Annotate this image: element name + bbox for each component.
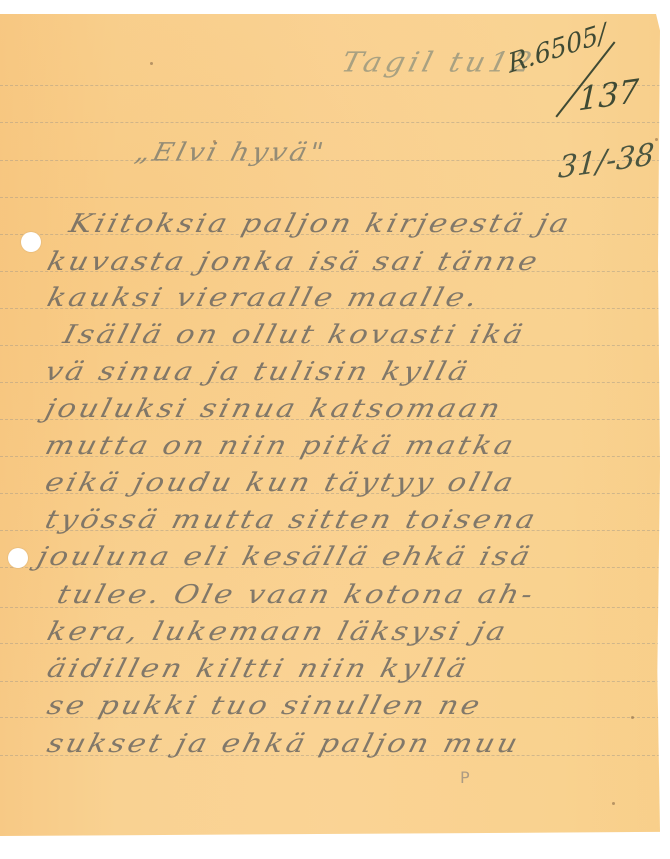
pencil-mark: P: [460, 768, 470, 787]
letter-paper: Tagil tu12 R.6505/ 137 31/-38 „Elvi hyvä…: [0, 14, 660, 836]
body-line-5: vä sinua ja tulisin kyllä: [42, 357, 473, 387]
body-line-2: kuvasta jonka isä sai tänne: [44, 247, 543, 277]
body-line-3: kauksi vieraalle maalle.: [44, 283, 483, 313]
body-line-15: sukset ja ehkä paljon muu: [44, 729, 524, 759]
archive-number: 137: [578, 71, 640, 118]
paper-speck: [150, 62, 153, 65]
body-line-6: jouluksi sinua katsomaan: [42, 394, 506, 424]
body-line-9: työssä mutta sitten toisena: [42, 505, 541, 535]
archive-reference: R.6505/: [506, 18, 608, 80]
ruled-line: [0, 122, 660, 123]
body-line-7: mutta on niin pitkä matka: [42, 431, 519, 461]
punch-hole-bottom: [8, 548, 28, 568]
ruled-line: [0, 197, 660, 198]
body-line-12: kera, lukemaan läksysi ja: [44, 617, 511, 647]
paper-speck: [612, 802, 615, 805]
punch-hole-top: [21, 232, 41, 252]
paper-speck: [655, 138, 658, 141]
salutation: „Elvi hyvä": [132, 137, 329, 167]
body-line-14: se pukki tuo sinullen ne: [44, 691, 486, 721]
archive-date: 31/-38: [557, 137, 655, 186]
body-line-4: Isällä on ollut kovasti ikä: [60, 320, 529, 350]
body-line-10: jouluna eli kesällä ehkä isä: [34, 542, 536, 572]
body-line-13: äidillen kiltti niin kyllä: [44, 654, 472, 684]
ruled-line: [0, 85, 660, 86]
paper-speck: [631, 716, 634, 719]
body-line-1: Kiitoksia paljon kirjeestä ja: [66, 209, 575, 239]
body-line-11: tulee. Ole vaan kotona ah-: [54, 580, 539, 610]
body-line-8: eikä joudu kun täytyy olla: [42, 468, 519, 498]
